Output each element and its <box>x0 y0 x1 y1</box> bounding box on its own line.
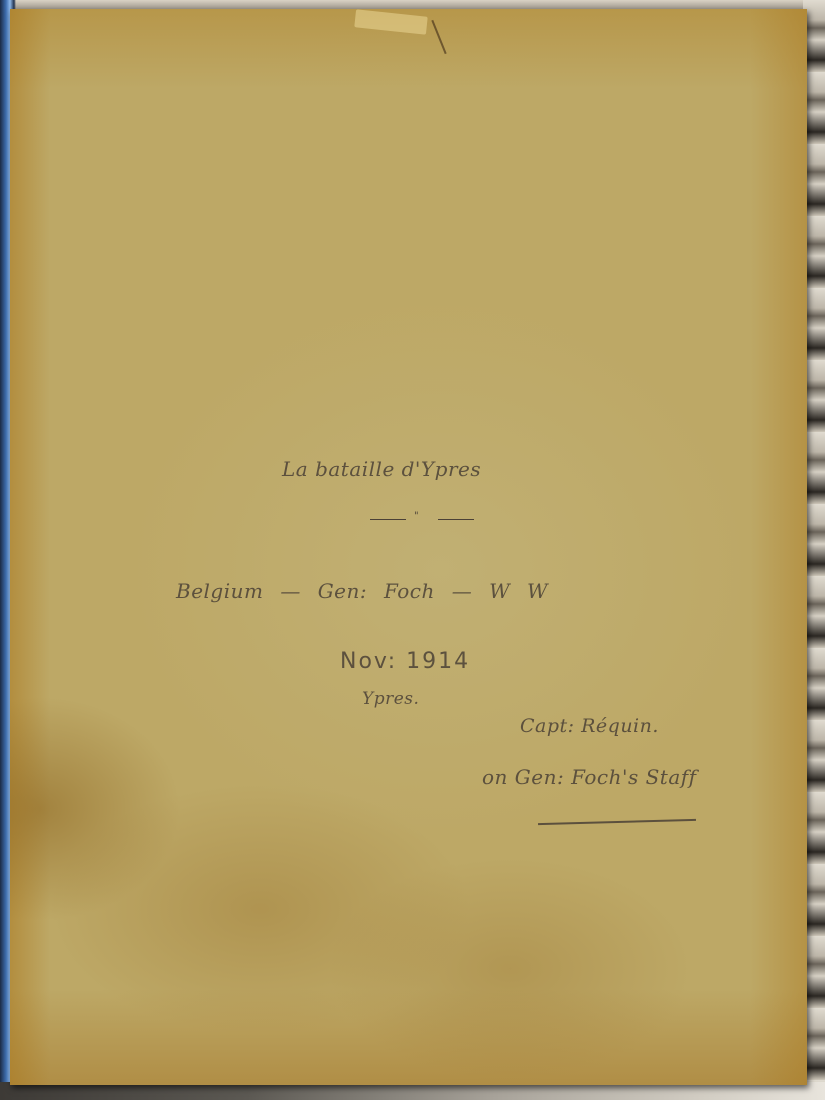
handwritten-divider: " <box>370 515 474 525</box>
divider-right-stroke <box>438 519 474 520</box>
handwritten-role: on Gen: Foch's Staff <box>482 765 697 789</box>
divider-left-stroke <box>370 519 406 520</box>
divider-ditto-mark: " <box>414 511 419 522</box>
handwritten-author: Capt: Réquin. <box>520 715 659 737</box>
handwritten-place: Ypres. <box>362 689 419 709</box>
handwritten-subject: Belgium — Gen: Foch — W W <box>176 579 548 603</box>
handwritten-underline <box>538 819 696 825</box>
paper-sheet: La bataille d'Ypres " Belgium — Gen: Foc… <box>10 9 807 1085</box>
handwritten-title: La bataille d'Ypres <box>282 457 481 481</box>
paper-tear <box>431 20 446 54</box>
handwritten-date: Nov: 1914 <box>340 649 470 674</box>
tape-piece <box>354 9 427 34</box>
